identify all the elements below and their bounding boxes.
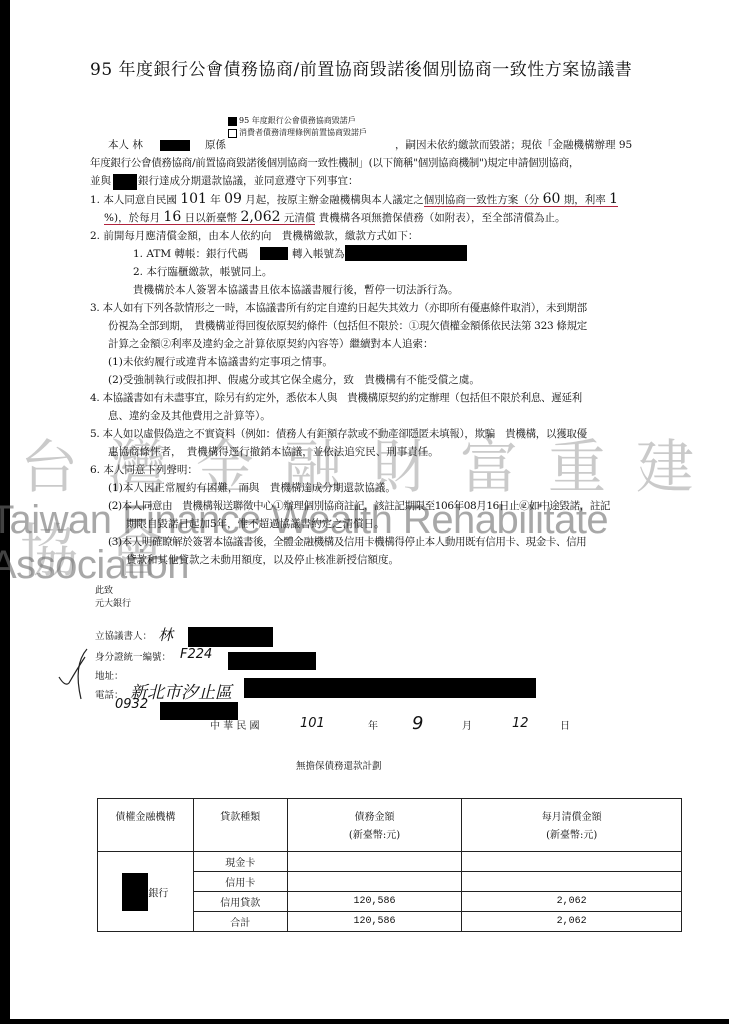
checkmark-handwriting-icon [55,645,95,705]
redaction [228,652,316,670]
intro-line-1: 本人 林 [108,139,143,152]
table-header: 債務金額 (新臺幣:元) [287,799,462,852]
signer-label: 立協議書人： [95,630,152,643]
date-month: 9 [412,713,423,734]
clause-1-line-2: %)，於每月 16 日以新臺幣 2,062 元清償 貴機構各項無擔保債務（如附表… [104,211,565,225]
institution-cell: 銀行 [98,852,194,932]
date-day: 12 [512,716,529,731]
clause-5-line-2: 惠協商條件者， 貴機構得逕行撤銷本協議，並依法追究民、刑事責任。 [108,446,439,459]
intro-line-3b: 銀行達成分期還款協議，並同意遵守下列事宜： [138,175,359,188]
repayment-plan-table: 債權金融機構 貸款種類 債務金額 (新臺幣:元) 每月清償金額 (新臺幣:元) … [97,798,682,932]
checkbox-item: 95 年度銀行公會債務協商毀諾戶 [228,115,356,127]
intro-line-2: 年度銀行公會債務協商/前置協商毀諾後個別協商一致性機制」(以下簡稱"個別協商機制… [90,157,579,170]
signer-handwriting: 林 [158,624,173,645]
clause-2-method-1: 1. ATM 轉帳：銀行代碼 [133,248,248,261]
date-day-label: 日 [560,720,570,733]
clause-4-line-2: 息、違約金及其他費用之計算等）。 [108,410,271,423]
unchecked-box-icon [228,129,237,138]
table-header: 債權金融機構 [98,799,194,852]
table-row: 銀行 現金卡 [98,852,682,872]
clause-4-line-1: 4. 本協議書如有未盡事宜，除另有約定外，悉依本人與 貴機構原契約約定辦理（包括… [90,392,582,405]
date-year-label: 年 [368,720,378,733]
intro-line-3a: 並與 [90,175,111,188]
document-title: 95 年度銀行公會債務協商/前置協商毀諾後個別協商一致性方案協議書 [90,55,632,80]
redaction [113,174,137,190]
address-label: 地址： [95,670,124,683]
clause-2-head: 2. 前開每月應清償金額，由本人依約向 貴機構繳款，繳款方式如下： [90,230,418,243]
clause-1-line-1: 1. 本人同意自民國 101 年 09 月起，按原主辦金融機構與本人議定之個別協… [90,193,618,207]
intro-line-1b: 原係 [205,139,226,152]
checkbox-item: 消費者債務清理條例前置協商毀諾戶 [228,127,367,139]
intro-line-1c: ，嗣因未依約繳款而毀諾；現依「金融機構辦理 95 [395,139,632,152]
table-header-row: 債權金融機構 貸款種類 債務金額 (新臺幣:元) 每月清償金額 (新臺幣:元) [98,799,682,852]
clause-6-head: 6. 本人同意下列聲明： [90,464,198,477]
redaction [244,678,536,698]
id-label: 身分證統一編號： [95,651,171,664]
redaction [260,247,288,260]
date-month-label: 月 [462,720,472,733]
clause-6-sub-2b: 期限自毀諾日起加5年，惟不超過協議書約定之清償日。 [126,518,385,531]
checked-box-icon [228,117,237,126]
plan-table-title: 無擔保債務還款計劃 [296,760,382,773]
table-header: 每月清償金額 (新臺幣:元) [462,799,682,852]
date-year: 101 [300,716,325,731]
table-header: 貸款種類 [193,799,287,852]
scan-edge-bottom [0,1019,729,1024]
clause-6-sub-1: (1)本人因正常履約有困難，而與 貴機構達成分期還款協議。 [108,482,396,495]
date-line: 中 華 民 國 [210,720,260,733]
closing-salutation: 此致 [95,585,113,598]
clause-3-sub-2: (2)受強制執行或假扣押、假處分或其它保全處分，致 貴機構有不能受償之虞。 [108,374,480,387]
clause-2-method-2: 2. 本行臨櫃繳款，帳號同上。 [133,266,272,279]
clause-3-sub-1: (1)未依約履行或違背本協議書約定事項之情事。 [108,356,333,369]
clause-6-sub-2a: (2)本人同意由 貴機構報送聯徵中心①辦理個別協商註記，該註記期限至106年08… [108,500,610,513]
clause-3-line-3: 計算之金額②利率及違約金之計算依原契約內容等）繼續對本人追索： [108,338,434,351]
closing-bank: 元大銀行 [95,598,131,611]
redaction [188,627,273,647]
redaction [160,140,190,151]
clause-3-line-2: 份視為全部到期， 貴機構並得回復依原契約條件（包括但不限於：①現欠債權金額係依民… [108,320,587,333]
clause-2-note: 貴機構於本人簽署本協議書且依本協議書履行後，暫停一切法訴行為。 [133,284,459,297]
redaction [160,702,238,720]
scan-edge-left [0,0,10,1024]
clause-3-line-1: 3. 本人如有下列各款情形之一時，本協議書所有約定自違約日起失其效力（亦即所有優… [90,302,587,315]
redaction [122,873,148,911]
clause-6-sub-3a: (3)本人明確瞭解於簽署本協議書後，全體金融機構及信用卡機構得停止本人動用既有信… [108,536,586,549]
id-handwriting: F224 [180,647,212,662]
underlined-terms: 個別協商一致性方案（分 60 期，利率 1 [424,194,618,207]
redaction [345,245,467,261]
phone-handwriting: 0932 [115,697,148,712]
clause-2-method-1b: 轉入帳號為: [292,248,348,261]
clause-6-sub-3b: 貸款和其他貸款之未動用額度，以及停止核准新授信額度。 [126,554,399,567]
clause-5-line-1: 5. 本人如以虛假偽造之不實資料（例如：債務人有鉅額存款或不動產卻隱匿未填報），… [90,428,587,441]
